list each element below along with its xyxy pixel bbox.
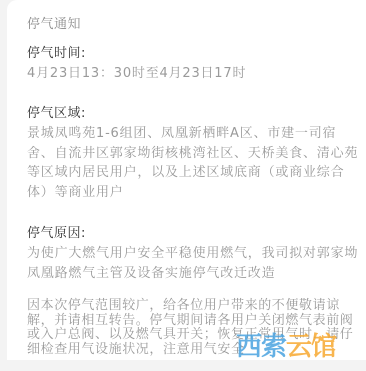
- outage-time-section: 停气时间: 4月23日13：30时至4月23日17时: [27, 44, 363, 84]
- outage-reason-value: 为使广大燃气用户安全平稳使用燃气，我司拟对郭家坳凤凰路燃气主管及设备实施停气改迁…: [27, 244, 363, 283]
- outage-area-label: 停气区域:: [27, 104, 363, 124]
- outage-area-section: 停气区域: 景城凤鸣苑1-6组团、凤凰新栖畔A区、市建一司宿舍、自流井区郭家坳街…: [27, 104, 363, 202]
- outage-time-label: 停气时间:: [27, 44, 363, 64]
- outage-time-value: 4月23日13：30时至4月23日17时: [27, 64, 363, 84]
- notice-card: 停气通知 停气时间: 4月23日13：30时至4月23日17时 停气区域: 景城…: [7, 0, 366, 360]
- watermark-part2: 云馆: [286, 332, 336, 362]
- outage-reason-label: 停气原因:: [27, 224, 363, 244]
- outage-reason-section: 停气原因: 为使广大燃气用户安全平稳使用燃气，我司拟对郭家坳凤凰路燃气主管及设备…: [27, 224, 363, 283]
- watermark-part1: 西索: [236, 332, 286, 362]
- outage-area-value: 景城凤鸣苑1-6组团、凤凰新栖畔A区、市建一司宿舍、自流井区郭家坳街核桃湾社区、…: [27, 124, 363, 202]
- page-title: 停气通知: [27, 13, 81, 32]
- watermark-logo: 西索云馆: [236, 332, 336, 362]
